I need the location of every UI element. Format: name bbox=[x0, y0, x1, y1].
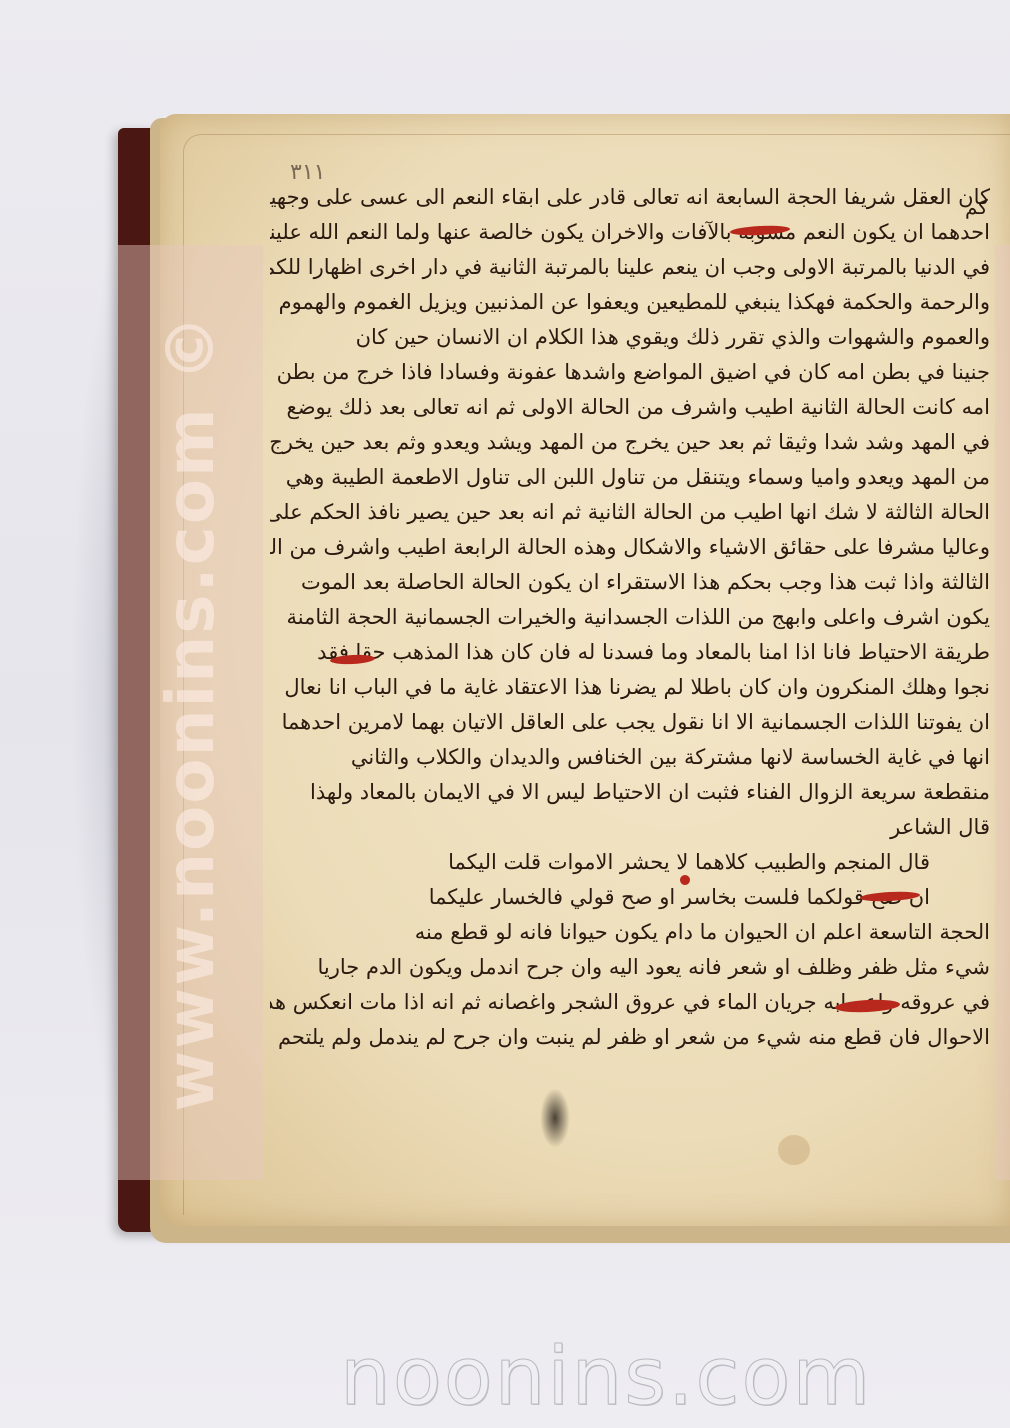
text-line: نجوا وهلك المنكرون وان كان باطلا لم يضرن… bbox=[270, 675, 990, 709]
text-line: من المهد ويعدو واميا وسماء ويتنقل من تنا… bbox=[270, 465, 990, 499]
text-line: كان العقل شريفا الحجة السابعة انه تعالى … bbox=[270, 185, 990, 219]
text-line: امه كانت الحالة الثانية اطيب واشرف من ال… bbox=[270, 395, 990, 429]
page-number: ٣١١ bbox=[290, 160, 325, 185]
text-line: ان يفوتنا اللذات الجسمانية الا انا نقول … bbox=[270, 710, 990, 744]
watermark-vertical: www.noonins.com © bbox=[118, 245, 263, 1180]
text-line: الثالثة واذا ثبت هذا وجب بحكم هذا الاستق… bbox=[270, 570, 990, 604]
text-line: في المهد وشد شدا وثيقا ثم بعد حين يخرج م… bbox=[270, 430, 990, 464]
text-line: في الدنيا بالمرتبة الاولى وجب ان ينعم عل… bbox=[270, 255, 990, 289]
text-line: والعموم والشهوات والذي تقرر ذلك ويقوي هذ… bbox=[270, 325, 990, 359]
text-line: جنينا في بطن امه كان في اضيق المواضع واش… bbox=[270, 360, 990, 394]
text-line: والرحمة والحكمة فهكذا ينبغي للمطيعين ويع… bbox=[270, 290, 990, 324]
text-line: شيء مثل ظفر وظلف او شعر فانه يعود اليه و… bbox=[270, 955, 990, 989]
text-line: الحالة الثالثة لا شك انها اطيب من الحالة… bbox=[270, 500, 990, 534]
text-line: منقطعة سريعة الزوال الفناء فثبت ان الاحت… bbox=[270, 780, 990, 814]
watermark-vertical-text: www.noonins.com © bbox=[152, 313, 229, 1112]
text-line: قال الشاعر bbox=[270, 815, 990, 849]
text-line: الحجة التاسعة اعلم ان الحيوان ما دام يكو… bbox=[270, 920, 990, 954]
text-line: طريقة الاحتياط فانا اذا امنا بالمعاد وما… bbox=[270, 640, 990, 674]
watermark-band-right bbox=[995, 245, 1010, 1180]
watermark-bottom: noonins.com bbox=[340, 1330, 872, 1423]
verse-line: قال المنجم والطبيب كلاهما لا يحشر الاموا… bbox=[270, 850, 990, 884]
ink-blot bbox=[540, 1088, 570, 1148]
text-line: الاحوال فان قطع منه شيء من شعر او ظفر لم… bbox=[270, 1025, 990, 1059]
text-line: وعاليا مشرفا على حقائق الاشياء والاشكال … bbox=[270, 535, 990, 569]
text-line: انها في غاية الخساسة لانها مشتركة بين ال… bbox=[270, 745, 990, 779]
verse-line: ان صح قولكما فلست بخاسر او صح قولي فالخس… bbox=[270, 885, 990, 919]
text-line: يكون اشرف واعلى وابهج من اللذات الجسداني… bbox=[270, 605, 990, 639]
paper-stain bbox=[778, 1135, 810, 1165]
text-line: احدهما ان يكون النعم مشوبة بالآفات والاخ… bbox=[270, 220, 990, 254]
manuscript-text: كان العقل شريفا الحجة السابعة انه تعالى … bbox=[270, 185, 990, 1060]
